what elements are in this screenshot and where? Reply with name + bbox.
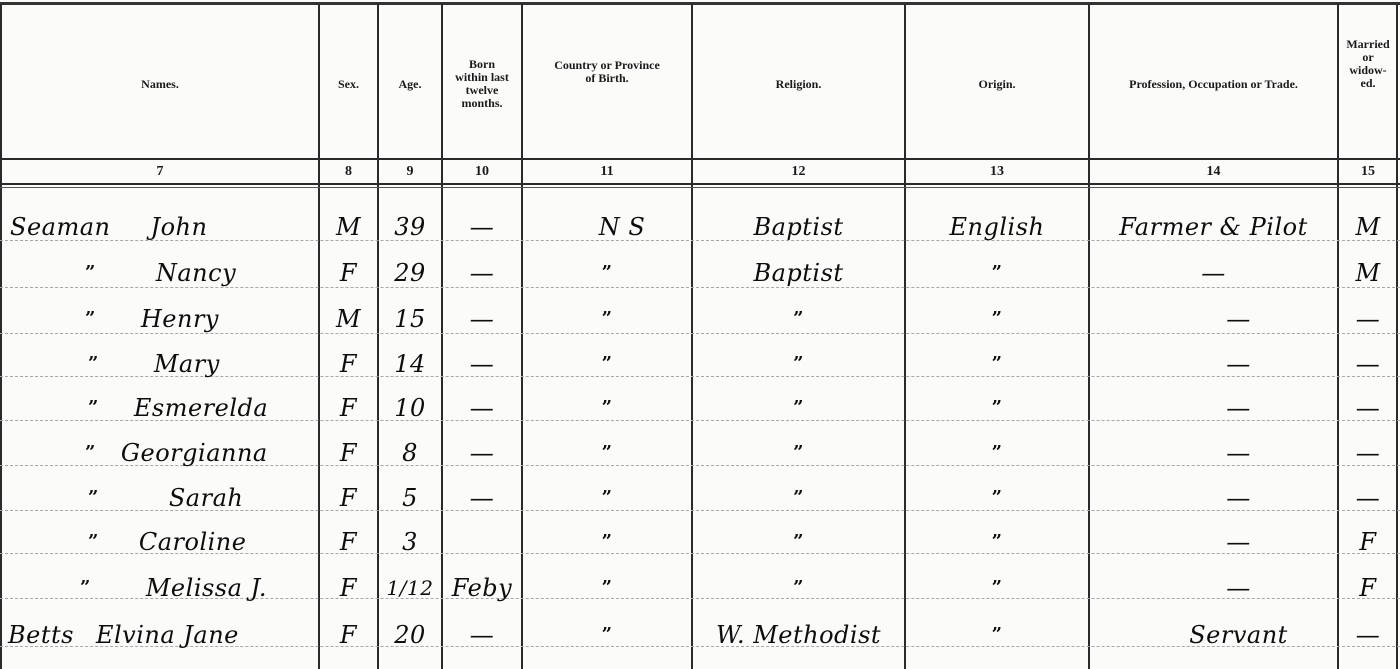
column-number-12: 12 <box>693 160 904 184</box>
sex-cell: F <box>320 519 377 564</box>
surname-ditto: ” <box>85 262 96 283</box>
age-cell: 5 <box>379 475 441 520</box>
religion-cell: ” <box>693 475 904 520</box>
column-number-9: 9 <box>379 160 441 184</box>
header-label: months. <box>461 97 502 110</box>
religion-cell: ” <box>693 385 904 430</box>
marital-cell: — <box>1339 296 1397 341</box>
name-cell: ” Sarah <box>88 475 310 520</box>
born-12mo-cell: — <box>443 385 521 430</box>
sex-cell: F <box>320 565 377 610</box>
origin-cell: ” <box>906 565 1088 610</box>
column-number-7: 7 <box>2 160 318 184</box>
origin-cell: ” <box>906 430 1088 475</box>
number-row-rule-double <box>0 187 1400 188</box>
given-name: Nancy <box>156 259 236 287</box>
header-born-within-twelve-months: Born within last twelve months. <box>443 8 521 160</box>
surname-ditto: ” <box>80 577 91 598</box>
sex-cell: F <box>320 612 377 657</box>
marital-cell: — <box>1339 430 1397 475</box>
given-name: Georgianna <box>121 439 268 467</box>
table-row: ” Henry M 15 — ” ” ” — — <box>0 296 1400 341</box>
header-age: Age. <box>379 8 441 160</box>
born-12mo-cell: — <box>443 296 521 341</box>
top-rule <box>0 2 1400 5</box>
born-12mo-cell: Feby <box>443 565 521 610</box>
marital-cell: M <box>1339 250 1397 295</box>
occupation-cell: — <box>1090 385 1337 430</box>
header-label: Names. <box>141 78 179 91</box>
religion-cell: ” <box>693 296 904 341</box>
sex-cell: M <box>320 296 377 341</box>
birthplace-cell: ” <box>523 519 691 564</box>
born-12mo-cell: — <box>443 204 521 249</box>
header-label: Age. <box>399 78 422 91</box>
surname-ditto: ” <box>88 531 99 552</box>
header-country-of-birth: Country or Province of Birth. <box>523 0 691 148</box>
table-row: ” Mary F 14 — ” ” ” — — <box>0 341 1400 386</box>
birthplace-cell: ” <box>523 296 691 341</box>
age-cell: 39 <box>379 204 441 249</box>
census-page: Names. Sex. Age. Born within last twelve… <box>0 0 1400 669</box>
religion-cell: Baptist <box>693 250 904 295</box>
given-name: Melissa J. <box>146 574 267 602</box>
header-married-or-widowed: Married or widow- ed. <box>1339 0 1397 140</box>
origin-cell: ” <box>906 519 1088 564</box>
given-name: Sarah <box>169 484 244 512</box>
table-row: ” Sarah F 5 — ” ” ” — — <box>0 475 1400 520</box>
column-number-15: 15 <box>1339 160 1397 184</box>
header-label: Religion. <box>776 78 822 91</box>
marital-cell: — <box>1339 612 1397 657</box>
given-name: Mary <box>154 350 220 378</box>
table-row: ” Esmerelda F 10 — ” ” ” — — <box>0 385 1400 430</box>
religion-cell: ” <box>693 565 904 610</box>
occupation-cell: — <box>1090 430 1337 475</box>
column-number-10: 10 <box>443 160 521 184</box>
name-cell: ” Melissa J. <box>80 565 318 610</box>
table-row: ” Caroline F 3 ” ” ” — F <box>0 519 1400 564</box>
name-cell: Seaman John <box>10 204 310 249</box>
header-profession: Profession, Occupation or Trade. <box>1090 8 1337 160</box>
marital-cell: — <box>1339 385 1397 430</box>
age-cell: 29 <box>379 250 441 295</box>
birthplace-cell: ” <box>523 385 691 430</box>
birthplace-cell: N S <box>523 204 691 249</box>
birthplace-cell: ” <box>523 475 691 520</box>
birthplace-cell: ” <box>523 250 691 295</box>
occupation-cell: — <box>1090 475 1337 520</box>
occupation-cell: Servant <box>1090 612 1337 657</box>
column-number-11: 11 <box>523 160 691 184</box>
origin-cell: English <box>906 204 1088 249</box>
header-names: Names. <box>2 8 318 160</box>
age-cell: 8 <box>379 430 441 475</box>
given-name: Elvina Jane <box>96 621 239 649</box>
occupation-cell: — <box>1090 296 1337 341</box>
age-cell: 10 <box>379 385 441 430</box>
sex-cell: F <box>320 385 377 430</box>
born-12mo-cell: — <box>443 612 521 657</box>
origin-cell: ” <box>906 385 1088 430</box>
header-sex: Sex. <box>320 8 377 160</box>
given-name: Esmerelda <box>134 394 268 422</box>
given-name: John <box>150 213 207 241</box>
header-label: Origin. <box>978 78 1015 91</box>
born-12mo-cell: — <box>443 430 521 475</box>
religion-cell: ” <box>693 341 904 386</box>
given-name: Henry <box>141 305 219 333</box>
religion-cell: W. Methodist <box>693 612 904 657</box>
origin-cell: ” <box>906 250 1088 295</box>
name-cell: Betts Elvina Jane <box>8 612 318 657</box>
column-number-8: 8 <box>320 160 377 184</box>
header-label: ed. <box>1361 77 1376 90</box>
surname-ditto: ” <box>88 397 99 418</box>
header-religion: Religion. <box>693 8 904 160</box>
table-row: Seaman John M 39 — N S Baptist English F… <box>0 204 1400 249</box>
surname-ditto: ” <box>88 353 99 374</box>
sex-cell: F <box>320 475 377 520</box>
age-cell: 14 <box>379 341 441 386</box>
born-12mo-cell <box>443 519 521 564</box>
sex-cell: F <box>320 341 377 386</box>
sex-cell: F <box>320 250 377 295</box>
marital-cell: M <box>1339 204 1397 249</box>
occupation-cell: — <box>1090 341 1337 386</box>
occupation-cell: — <box>1090 519 1337 564</box>
marital-cell: — <box>1339 341 1397 386</box>
surname: Betts <box>8 621 74 649</box>
birthplace-cell: ” <box>523 341 691 386</box>
age-cell: 20 <box>379 612 441 657</box>
marital-cell: — <box>1339 475 1397 520</box>
surname-ditto: ” <box>88 487 99 508</box>
birthplace-cell: ” <box>523 612 691 657</box>
religion-cell: Baptist <box>693 204 904 249</box>
table-row: ” Nancy F 29 — ” Baptist ” — M <box>0 250 1400 295</box>
birthplace-cell: ” <box>523 430 691 475</box>
marital-cell: F <box>1339 519 1397 564</box>
given-name: Caroline <box>139 528 247 556</box>
name-cell: ” Nancy <box>85 250 310 295</box>
surname: Seaman <box>10 213 110 241</box>
header-label: Sex. <box>338 78 359 91</box>
name-cell: ” Caroline <box>88 519 310 564</box>
born-12mo-cell: — <box>443 341 521 386</box>
origin-cell: ” <box>906 475 1088 520</box>
name-cell: ” Georgianna <box>85 430 318 475</box>
age-cell: 1/12 <box>379 565 441 610</box>
occupation-cell: — <box>1090 565 1337 610</box>
occupation-cell: — <box>1090 250 1337 295</box>
origin-cell: ” <box>906 612 1088 657</box>
column-number-13: 13 <box>906 160 1088 184</box>
name-cell: ” Esmerelda <box>88 385 318 430</box>
born-12mo-cell: — <box>443 475 521 520</box>
header-origin: Origin. <box>906 8 1088 160</box>
name-cell: ” Henry <box>85 296 310 341</box>
sex-cell: M <box>320 204 377 249</box>
table-row: ” Georgianna F 8 — ” ” ” — — <box>0 430 1400 475</box>
header-label: Profession, Occupation or Trade. <box>1129 78 1298 91</box>
origin-cell: ” <box>906 341 1088 386</box>
table-row: Betts Elvina Jane F 20 — ” W. Methodist … <box>0 612 1400 657</box>
header-label: of Birth. <box>585 72 628 85</box>
surname-ditto: ” <box>85 442 96 463</box>
religion-cell: ” <box>693 430 904 475</box>
name-cell: ” Mary <box>88 341 310 386</box>
born-12mo-cell: — <box>443 250 521 295</box>
marital-cell: F <box>1339 565 1397 610</box>
birthplace-cell: ” <box>523 565 691 610</box>
age-cell: 15 <box>379 296 441 341</box>
table-row: ” Melissa J. F 1/12 Feby ” ” ” — F <box>0 565 1400 610</box>
sex-cell: F <box>320 430 377 475</box>
origin-cell: ” <box>906 296 1088 341</box>
column-number-14: 14 <box>1090 160 1337 184</box>
age-cell: 3 <box>379 519 441 564</box>
religion-cell: ” <box>693 519 904 564</box>
occupation-cell: Farmer & Pilot <box>1090 204 1337 249</box>
surname-ditto: ” <box>85 308 96 329</box>
